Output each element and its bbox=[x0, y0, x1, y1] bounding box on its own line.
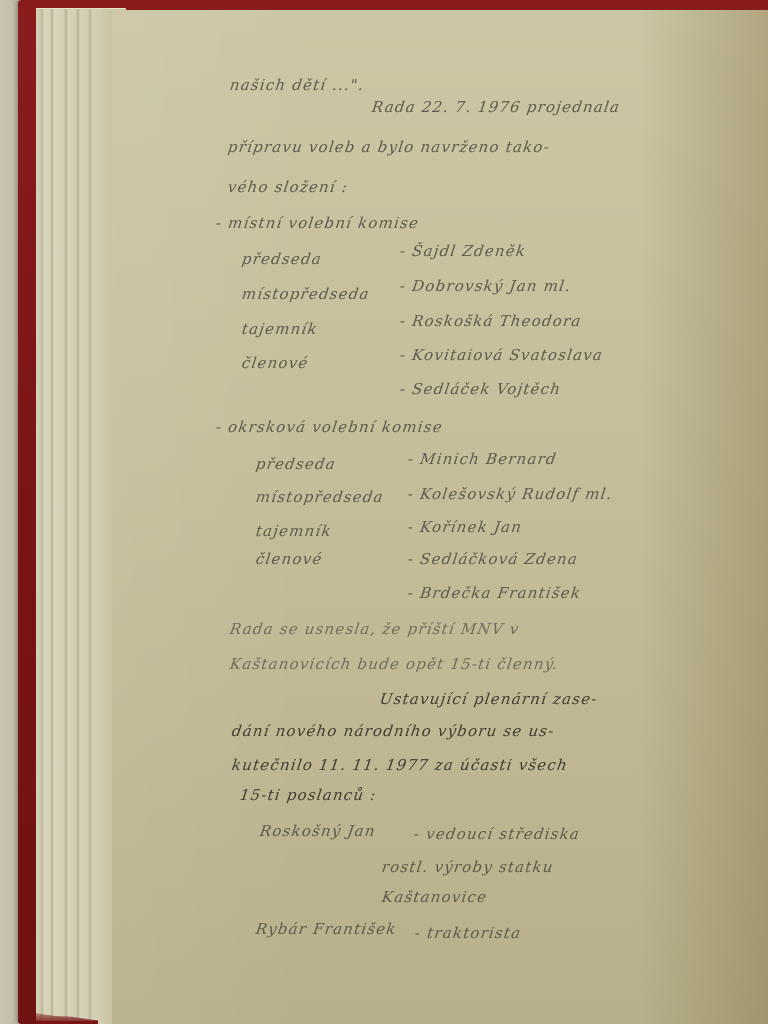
local-role-chair: předseda bbox=[241, 250, 324, 268]
text-line-4: vého složení : bbox=[227, 178, 350, 196]
district-name-member-1: - Sedláčková Zdena bbox=[407, 550, 580, 568]
deputy-1-role-place: Kaštanovice bbox=[381, 888, 489, 906]
deputy-1-name: Roskošný Jan bbox=[259, 822, 377, 840]
district-role-vicechair: místopředseda bbox=[255, 488, 385, 506]
local-name-chair: - Šajdl Zdeněk bbox=[399, 242, 528, 260]
local-name-member-1: - Kovitaiová Svatoslava bbox=[399, 346, 605, 364]
local-name-member-2: - Sedláček Vojtěch bbox=[399, 380, 563, 398]
local-role-members: členové bbox=[241, 354, 310, 372]
district-name-secretary: - Kořínek Jan bbox=[407, 518, 524, 536]
local-role-vicechair: místopředseda bbox=[241, 285, 371, 303]
text-line-3: přípravu voleb a bylo navrženo tako- bbox=[227, 138, 551, 156]
text-line-2: Rada 22. 7. 1976 projednala bbox=[371, 98, 622, 116]
handwritten-page: našich dětí ...". Rada 22. 7. 1976 proje… bbox=[110, 10, 768, 1024]
deputy-2-role: - traktorista bbox=[414, 924, 523, 942]
local-role-secretary: tajemník bbox=[241, 320, 319, 338]
district-role-secretary: tajemník bbox=[255, 522, 333, 540]
district-commission-heading: - okrsková volební komise bbox=[215, 418, 444, 436]
district-role-chair: předseda bbox=[255, 455, 338, 473]
local-name-secretary: - Roskošká Theodora bbox=[399, 312, 583, 330]
resolution-line-2: Kaštanovicích bude opět 15-ti členný. bbox=[229, 655, 560, 673]
district-name-chair: - Minich Bernard bbox=[407, 450, 558, 468]
plenary-line-4: 15-ti poslanců : bbox=[239, 786, 378, 804]
text-line-1: našich dětí ...". bbox=[229, 76, 366, 94]
plenary-line-2: dání nového národního výboru se us- bbox=[231, 722, 556, 740]
district-name-member-2: - Brdečka František bbox=[407, 584, 583, 602]
district-role-members: členové bbox=[255, 550, 324, 568]
deputy-2-name: Rybár František bbox=[255, 920, 398, 938]
deputy-1-role: - vedoucí střediska bbox=[413, 825, 582, 843]
scanned-book-scene: našich dětí ...". Rada 22. 7. 1976 proje… bbox=[0, 0, 768, 1024]
plenary-line-3: kutečnilo 11. 11. 1977 za účasti všech bbox=[231, 756, 569, 774]
local-name-vicechair: - Dobrovský Jan ml. bbox=[399, 277, 573, 295]
plenary-line-1: Ustavující plenární zase- bbox=[379, 690, 599, 708]
deputy-1-role-cont: rostl. výroby statku bbox=[381, 858, 555, 876]
district-name-vicechair: - Kolešovský Rudolf ml. bbox=[407, 485, 614, 503]
resolution-line-1: Rada se usnesla, že příští MNV v bbox=[229, 620, 521, 638]
local-commission-heading: - místní volební komise bbox=[215, 214, 421, 232]
